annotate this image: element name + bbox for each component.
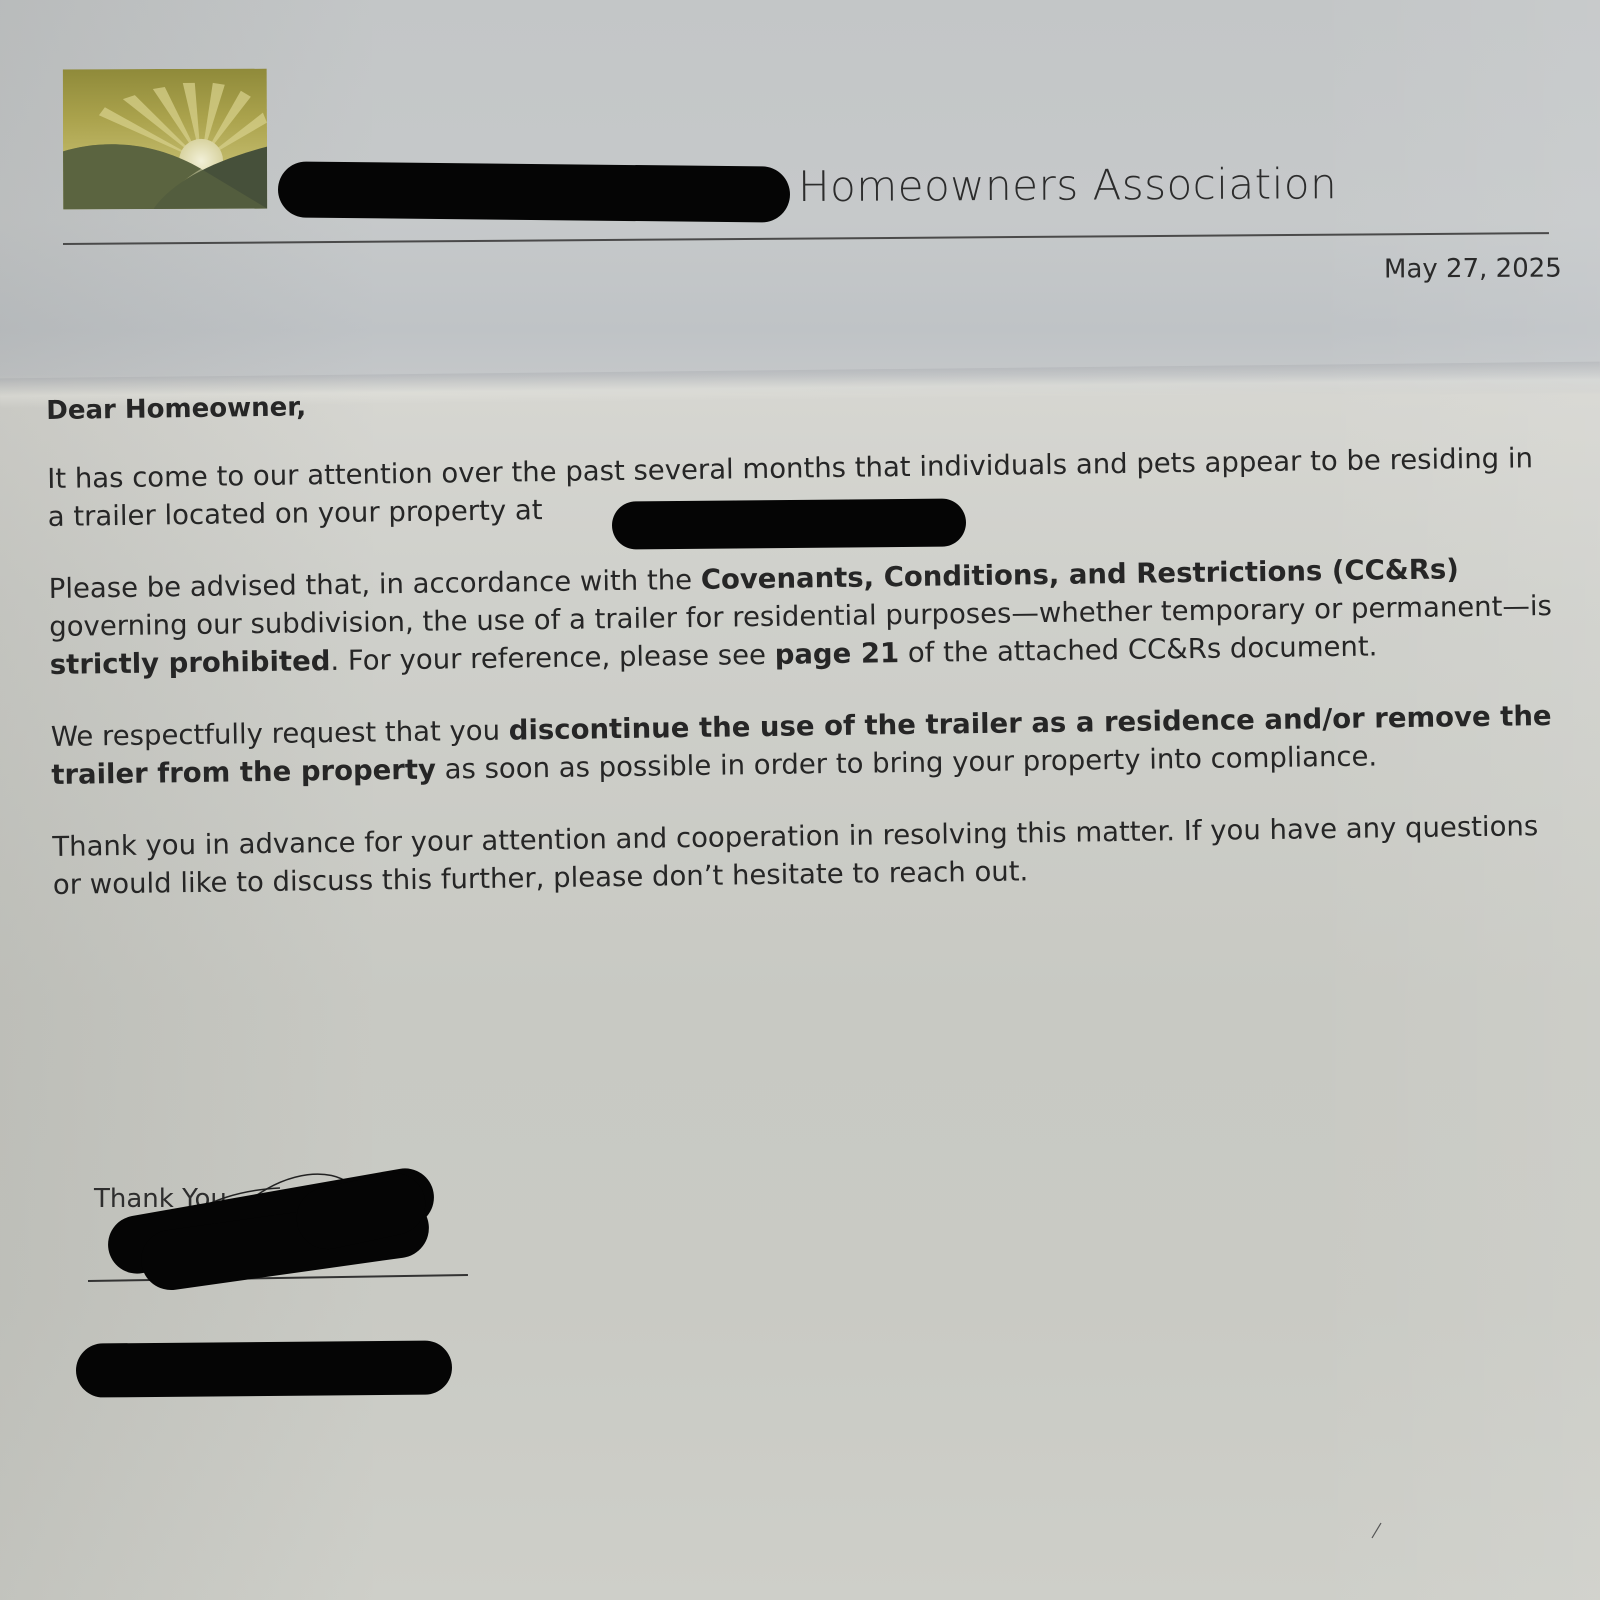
letter-body: Dear Homeowner, It has come to our atten…	[46, 371, 1563, 938]
paragraph-text: as soon as possible in order to bring yo…	[436, 740, 1378, 785]
ccrs-title-emphasis: Covenants, Conditions, and Restrictions …	[701, 553, 1460, 596]
organization-title: Homeowners Association	[798, 159, 1337, 211]
paragraph-request: We respectfully request that you discont…	[51, 697, 1562, 794]
prohibited-emphasis: strictly prohibited	[50, 645, 331, 681]
paragraph-closing: Thank you in advance for your attention …	[52, 807, 1563, 904]
paragraph-text: Thank you in advance for your attention …	[52, 810, 1538, 901]
redacted-organization-name	[278, 161, 791, 222]
redacted-signer-name	[76, 1340, 452, 1397]
page-reference-emphasis: page 21	[774, 637, 899, 671]
redacted-property-address	[612, 498, 966, 549]
stray-pen-mark-icon	[1370, 1522, 1382, 1540]
paragraph-text: . For your reference, please see	[330, 639, 775, 677]
paragraph-text: of the attached CC&Rs document.	[899, 630, 1378, 669]
paragraph-text: We respectfully request that you	[51, 715, 509, 753]
letter-date: May 27, 2025	[1384, 254, 1562, 285]
hoa-logo-icon	[63, 69, 267, 210]
paragraph-text: Please be advised that, in accordance wi…	[49, 564, 702, 605]
paragraph-ccrs: Please be advised that, in accordance wi…	[48, 549, 1559, 684]
